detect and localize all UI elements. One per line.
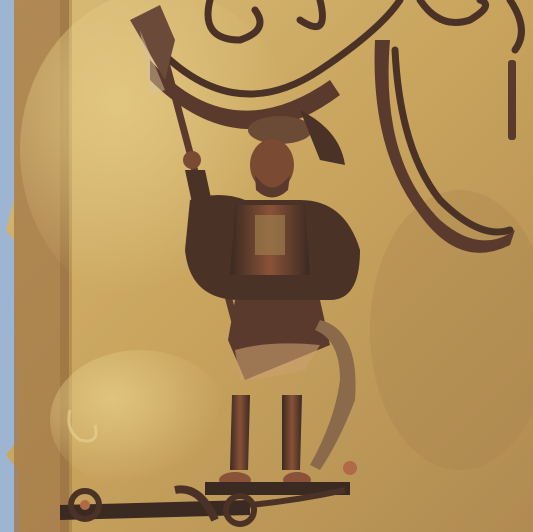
book-cover-photo <box>0 0 533 532</box>
chest-emblem <box>255 215 285 255</box>
relief-illustration <box>0 0 533 532</box>
